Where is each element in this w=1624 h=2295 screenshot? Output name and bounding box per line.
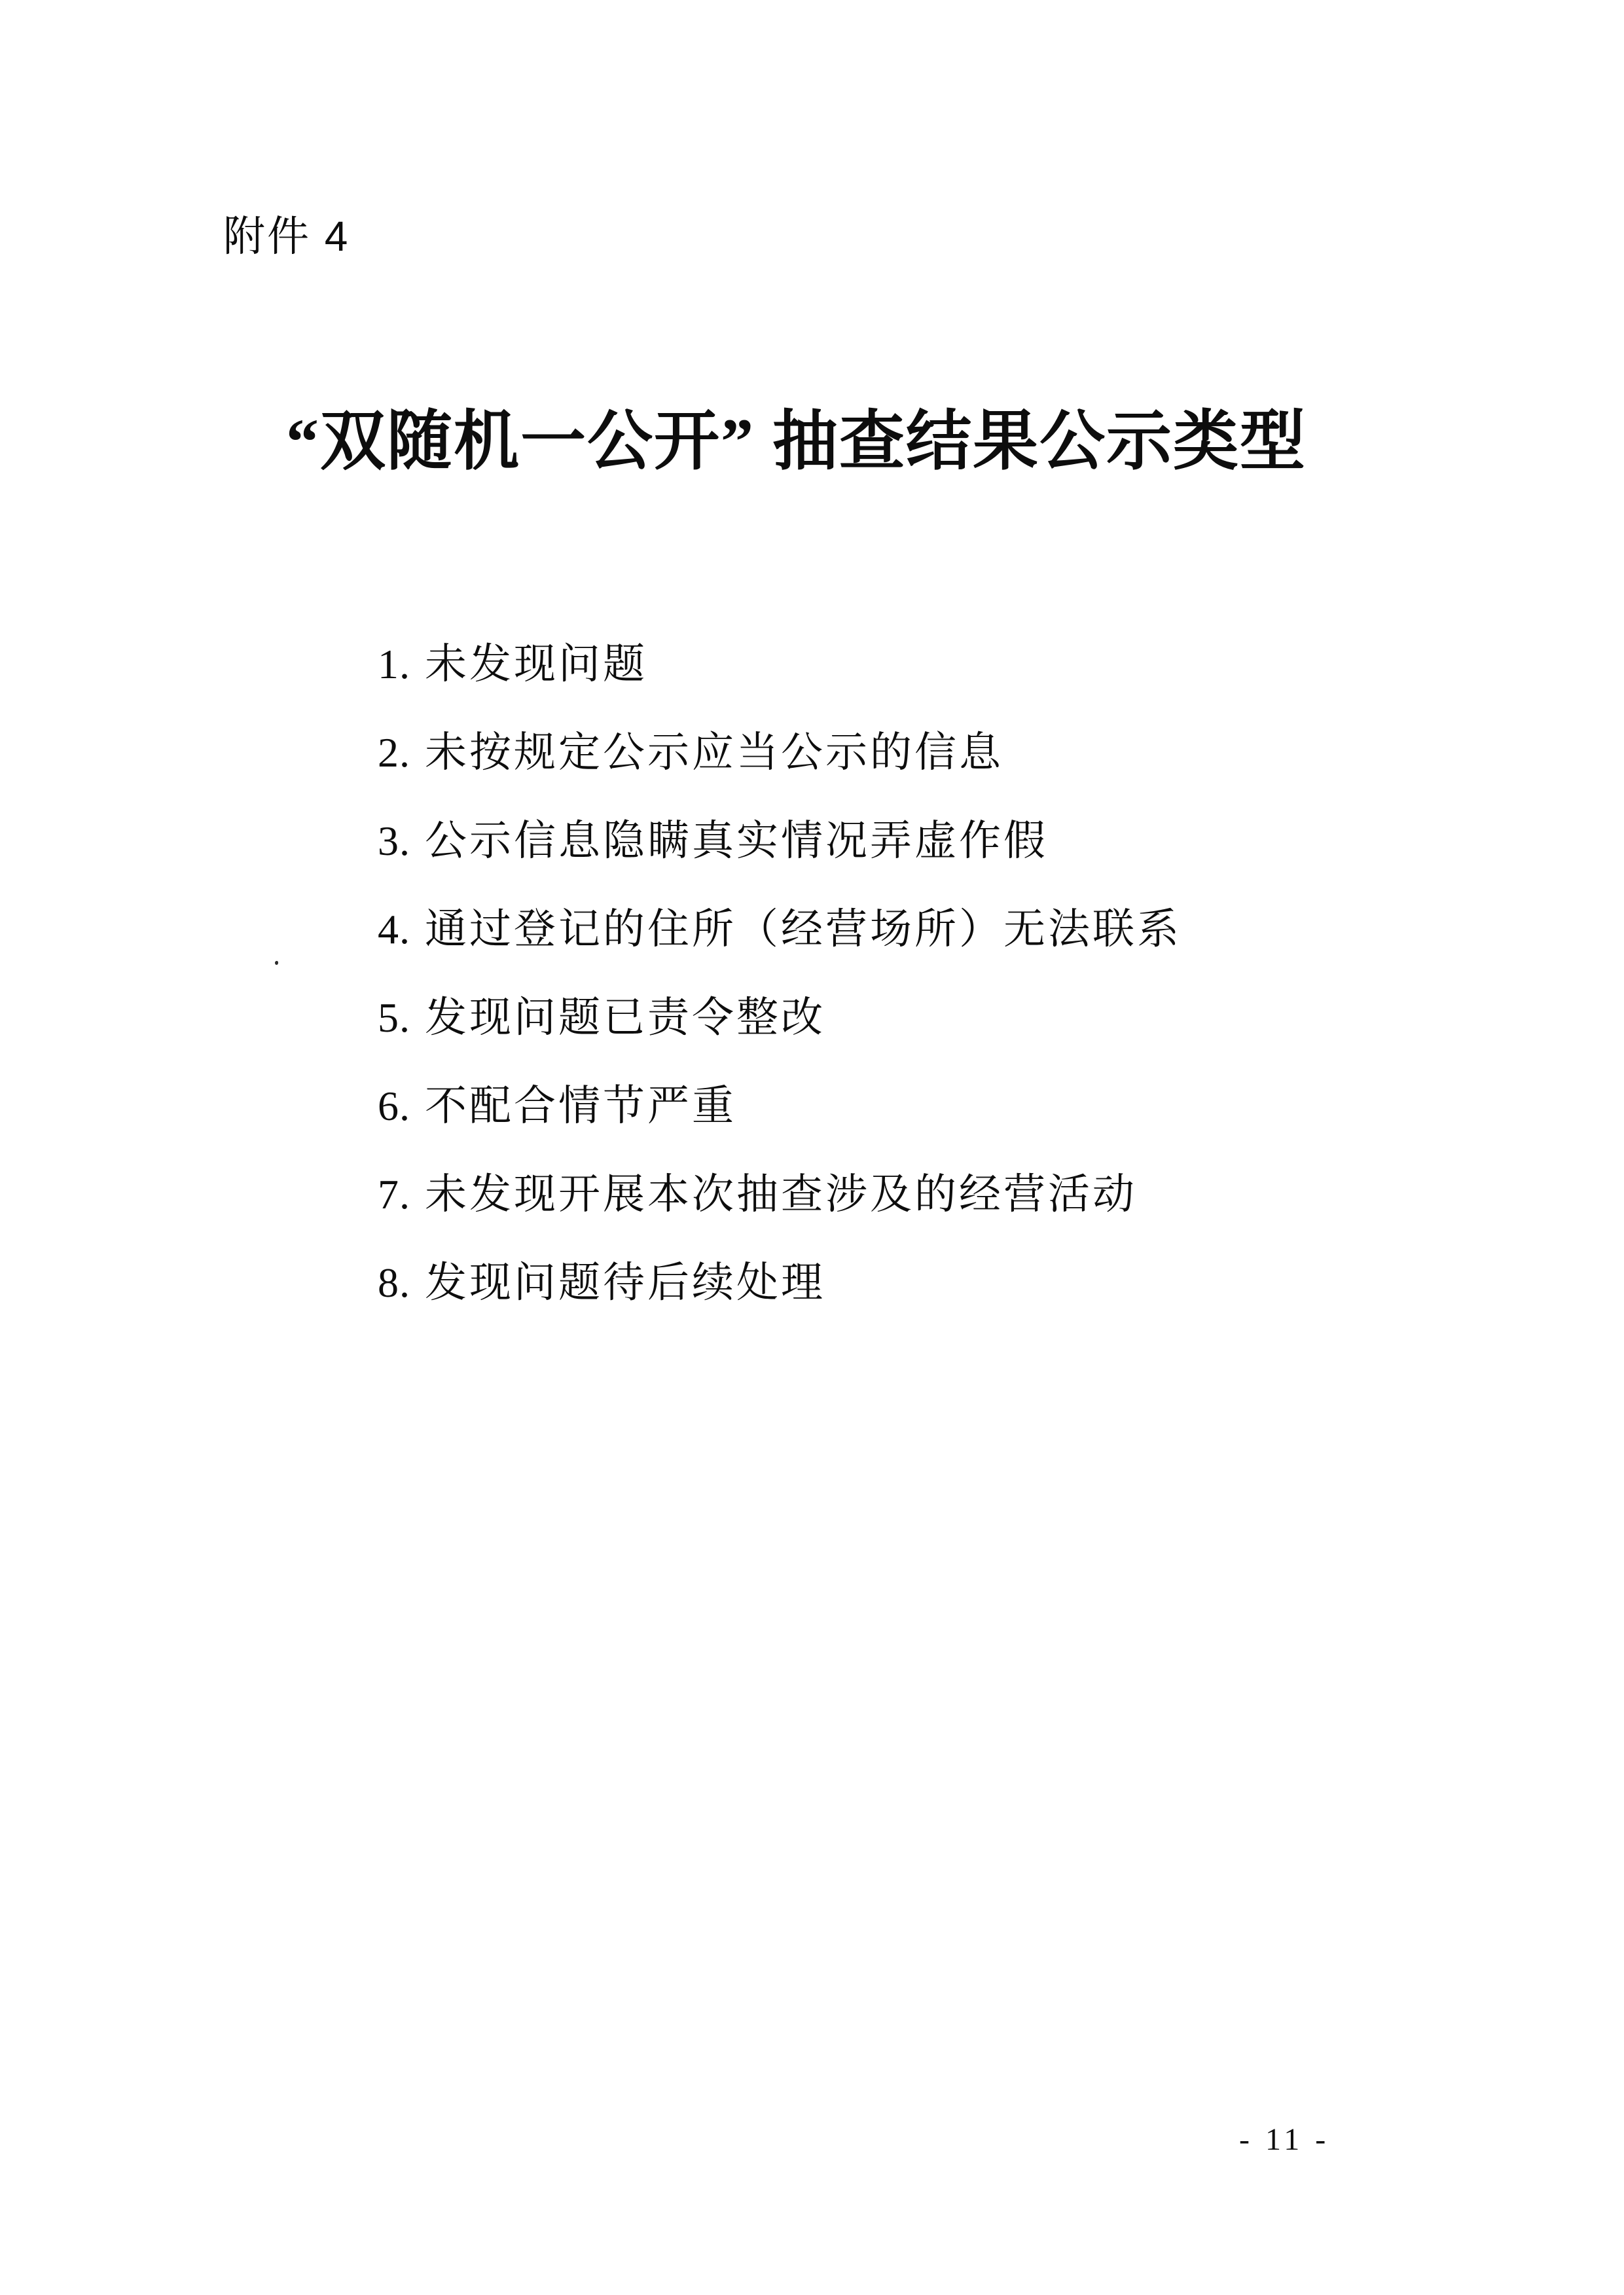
attachment-label: 附件 4 [223,213,350,259]
item-text: 未发现问题 [425,641,647,687]
item-number: 3. [378,797,410,885]
page-title: “双随机一公开” 抽查结果公示类型 [0,404,1593,479]
item-text: 未按规定公示应当公示的信息 [425,729,1003,776]
page-number: - 11 - [1239,2123,1329,2158]
item-text: 发现问题已责令整改 [425,994,825,1041]
item-text: 公示信息隐瞒真实情况弄虚作假 [425,818,1048,864]
item-number: 6. [378,1062,410,1150]
item-text: 不配合情节严重 [425,1083,736,1129]
item-text: 发现问题待后续处理 [425,1259,825,1306]
item-number: 5. [378,973,410,1062]
document-page: 附件 4 “双随机一公开” 抽查结果公示类型 1.未发现问题 2.未按规定公示应… [0,0,1624,2295]
result-type-list: 1.未发现问题 2.未按规定公示应当公示的信息 3.公示信息隐瞒真实情况弄虚作假… [315,532,1182,1238]
item-number: 8. [378,1238,410,1327]
item-text: 通过登记的住所（经营场所）无法联系 [425,906,1182,952]
item-number: 2. [378,708,410,797]
item-number: 4. [378,885,410,973]
item-number: 1. [378,620,410,708]
list-item: 1.未发现问题 [315,532,1182,620]
scan-speck-mark [275,961,278,965]
item-number: 7. [378,1150,410,1238]
item-text: 未发现开展本次抽查涉及的经营活动 [425,1171,1137,1218]
